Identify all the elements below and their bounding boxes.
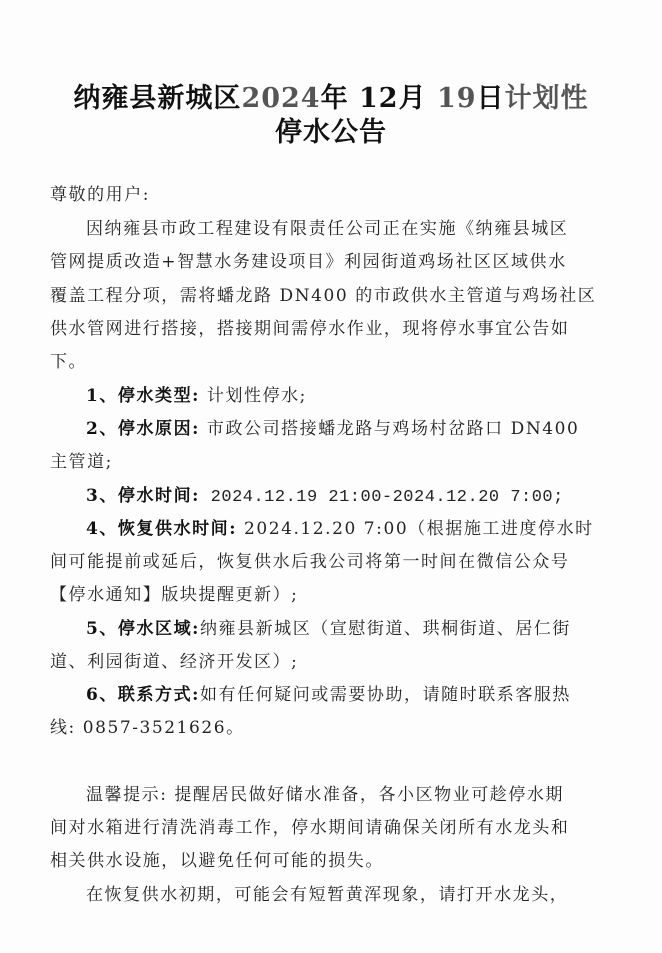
intro-line: 供水管网进行搭接，搭接期间需停水作业，现将停水事宜公告如 (50, 314, 569, 339)
item-value: 如有任何疑问或需要协助，请随时联系客服热 (200, 685, 571, 705)
item-stop-reason-cont: 主管道; (50, 447, 113, 472)
intro-line: 管网提质改造+智慧水务建设项目》利园街道鸡场社区区域供水 (50, 247, 567, 272)
tip-line: 温馨提示: 提醒居民做好储水准备，各小区物业可趁停水期 (86, 780, 564, 805)
salutation: 尊敬的用户: (50, 180, 150, 205)
item-value: 计划性停水; (200, 386, 307, 406)
item-contact: 6、联系方式:如有任何疑问或需要协助，请随时联系客服热 (86, 680, 571, 705)
item-value: 纳雍县新城区（宣慰街道、珙桐街道、居仁街 (200, 619, 571, 639)
tip-line: 相关供水设施，以避免任何可能的损失。 (50, 846, 384, 871)
item-value: 2024.12.19 21:00-2024.12.20 7:00; (200, 488, 564, 507)
item-label: 2、停水原因: (86, 419, 200, 439)
closing-line: 在恢复供水初期，可能会有短暂黄浑现象，请打开水龙头， (86, 880, 568, 905)
item-label: 4、恢复供水时间: (86, 519, 237, 539)
tip-line: 间对水箱进行清洗消毒工作，停水期间请确保关闭所有水龙头和 (50, 813, 569, 838)
item-label: 3、停水时间: (86, 486, 200, 506)
item-label: 6、联系方式: (86, 685, 200, 705)
item-stop-reason: 2、停水原因: 市政公司搭接蟠龙路与鸡场村岔路口 DN400 (86, 414, 579, 439)
item-restore-time-cont: 【停水通知】版块提醒更新）; (50, 580, 298, 605)
intro-line: 覆盖工程分项，需将蟠龙路 DN400 的市政供水主管道与鸡场社区 (50, 281, 596, 306)
intro-line: 下。 (50, 347, 87, 372)
intro-line: 因纳雍县市政工程建设有限责任公司正在实施《纳雍县城区 (86, 214, 568, 239)
item-label: 1、停水类型: (86, 386, 200, 406)
item-stop-time: 3、停水时间: 2024.12.19 21:00-2024.12.20 7:00… (86, 481, 564, 507)
item-contact-phone: 线: 0857-3521626。 (50, 713, 245, 738)
notice-title-line2: 停水公告 (0, 110, 662, 149)
item-stop-type: 1、停水类型: 计划性停水; (86, 381, 307, 406)
item-value: 市政公司搭接蟠龙路与鸡场村岔路口 DN400 (200, 419, 579, 439)
item-restore-time-cont: 间可能提前或延后，恢复供水后我公司将第一时间在微信公众号 (50, 547, 569, 572)
item-value: 2024.12.20 7:00（根据施工进度停水时 (237, 519, 594, 539)
item-stop-area-cont: 道、利园街道、经济开发区）; (50, 647, 298, 672)
item-restore-time: 4、恢复供水时间: 2024.12.20 7:00（根据施工进度停水时 (86, 514, 594, 539)
item-stop-area: 5、停水区域:纳雍县新城区（宣慰街道、珙桐街道、居仁街 (86, 614, 571, 639)
item-label: 5、停水区域: (86, 619, 200, 639)
notice-page: 纳雍县新城区2024年 12月 19日计划性 停水公告 尊敬的用户: 因纳雍县市… (0, 0, 662, 953)
